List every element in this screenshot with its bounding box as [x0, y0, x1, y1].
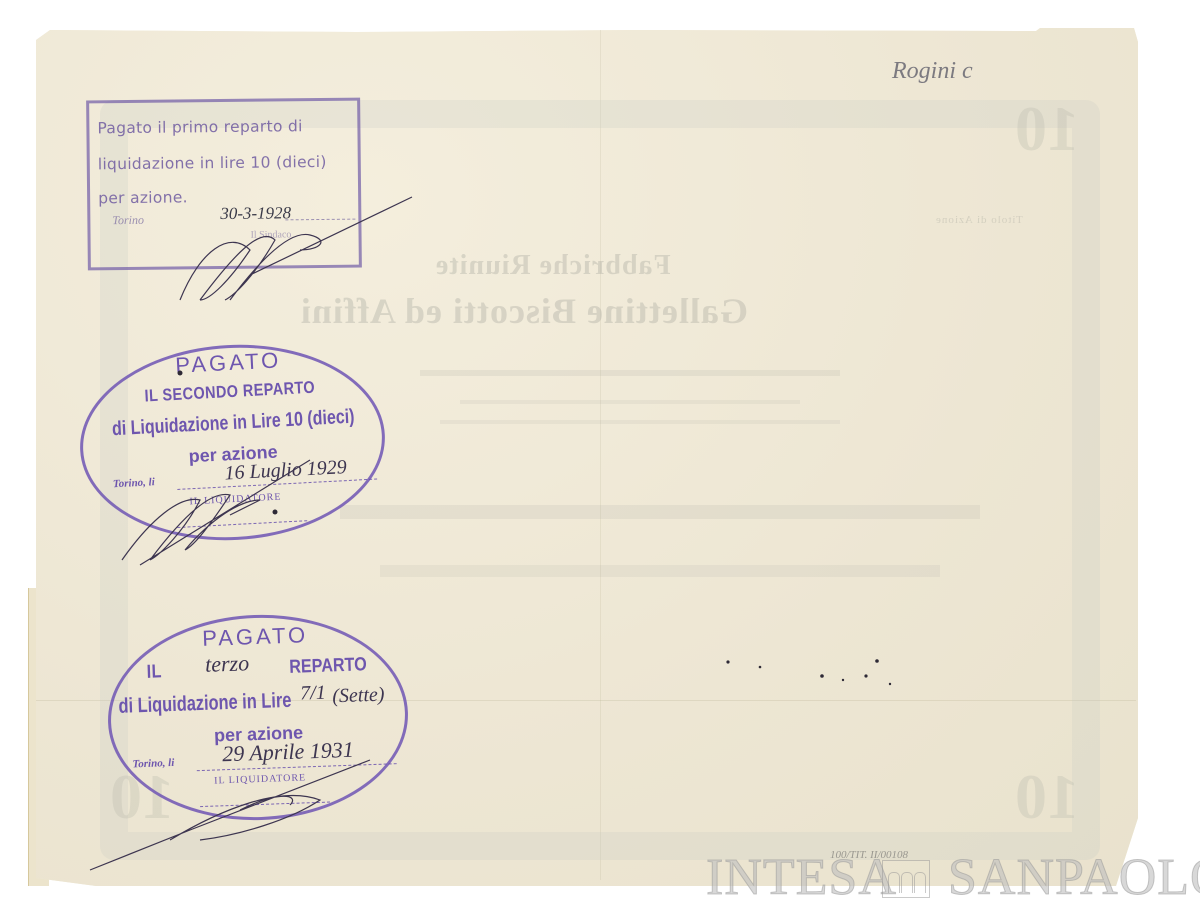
watermark-logo-icon: [882, 860, 930, 898]
handwritten-signatures: [0, 0, 1200, 915]
watermark-sanpaolo: SANPAOLO: [948, 848, 1200, 907]
watermark-intesa: INTESA: [706, 848, 897, 907]
